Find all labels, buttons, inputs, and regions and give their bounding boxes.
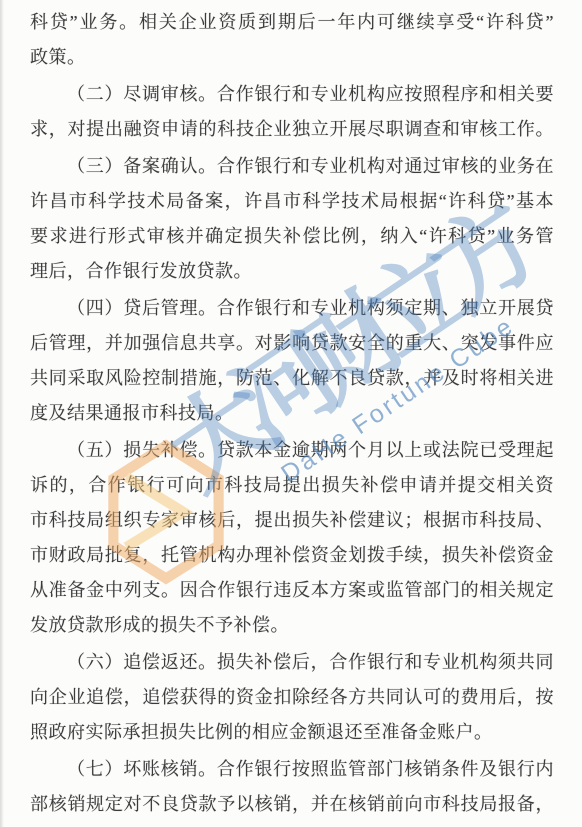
text-line: 许昌市科学技术局备案，许昌市科学技术局根据“许科贷”基本 [30, 184, 554, 219]
text-line: 从准备金中列支。因合作银行违反本方案或监管部门的相关规定 [30, 573, 554, 608]
text-line: 市财政局批复，托管机构办理补偿资金划拨手续，损失补偿资金 [30, 538, 554, 573]
text-line: （六）追偿返还。损失补偿后，合作银行和专业机构须共同 [30, 645, 554, 680]
text-line: 市科技局组织专家审核后，提出损失补偿建议；根据市科技局、 [30, 503, 554, 538]
text-line: 部核销规定对不良贷款予以核销，并在核销前向市科技局报备， [30, 787, 554, 822]
text-line: （二）尽调审核。合作银行和专业机构应按照程序和相关要 [30, 77, 554, 112]
text-line: （五）损失补偿。贷款本金逾期两个月以上或法院已受理起 [30, 433, 554, 468]
text-line: 科贷”业务。相关企业资质到期后一年内可继续享受“许科贷” [30, 5, 554, 40]
text-line: 理后，合作银行发放贷款。 [30, 254, 554, 289]
text-line: 要求进行形式审核并确定损失补偿比例，纳入“许科贷”业务管 [30, 219, 554, 254]
text-line: 共同采取风险控制措施，防范、化解不良贷款，并及时将相关进 [30, 361, 554, 396]
text-line: 诉的，合作银行可向市科技局提出损失补偿申请并提交相关资料。 [30, 468, 554, 503]
text-line: 向企业追偿，追偿获得的资金扣除经各方共同认可的费用后，按 [30, 680, 554, 715]
text-line: 后管理，并加强信息共享。对影响贷款安全的重大、突发事件应 [30, 326, 554, 361]
text-line: 求，对提出融资申请的科技企业独立开展尽职调查和审核工作。 [30, 112, 554, 147]
text-line: 照政府实际承担损失比例的相应金额退还至准备金账户。 [30, 715, 554, 750]
document-text: 科贷”业务。相关企业资质到期后一年内可继续享受“许科贷”政策。（二）尽调审核。合… [0, 0, 582, 822]
text-line: （四）贷后管理。合作银行和专业机构须定期、独立开展贷 [30, 291, 554, 326]
document-page: 科贷”业务。相关企业资质到期后一年内可继续享受“许科贷”政策。（二）尽调审核。合… [0, 0, 582, 827]
text-line: （七）坏账核销。合作银行按照监管部门核销条件及银行内 [30, 752, 554, 787]
text-line: 政策。 [30, 40, 554, 75]
text-line: 发放贷款形成的损失不予补偿。 [30, 608, 554, 643]
text-line: （三）备案确认。合作银行和专业机构对通过审核的业务在 [30, 149, 554, 184]
text-line: 度及结果通报市科技局。 [30, 396, 554, 431]
